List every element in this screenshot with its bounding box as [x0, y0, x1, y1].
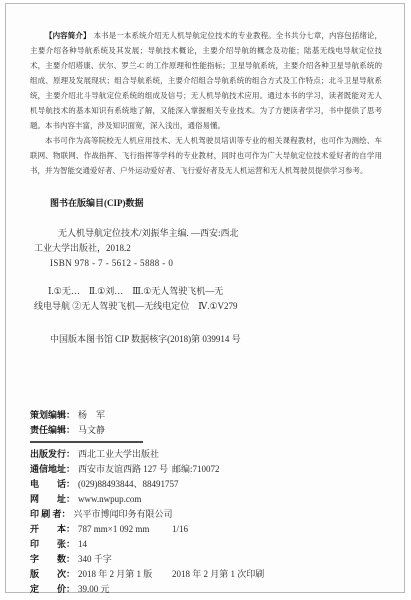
colophon-value: 2018 年 2 月第 1 版 — [78, 569, 152, 579]
colophon-row: 版 次：2018 年 2 月第 1 版2018 年 2 月第 1 次印刷 — [30, 567, 384, 582]
colophon-label: 字 数： — [30, 554, 75, 564]
editor-row: 策划编辑：杨 军 — [30, 408, 384, 423]
colophon-row: 开 本：787 mm×1 092 mm1/16 — [30, 522, 384, 537]
colophon-label: 网 址： — [30, 494, 75, 504]
summary-label: 【内容简介】 — [45, 31, 91, 40]
summary-text-1: 本书是一本系统介绍无人机导航定位技术的专业教程。全书共分七章，内容包括绪论，主要… — [30, 31, 382, 130]
colophon-block: 策划编辑：杨 军 责任编辑：马文静 出版发行：西北工业大学出版社 通信地址：西安… — [30, 408, 384, 597]
colophon-value-2: 1/16 — [172, 522, 188, 537]
scanned-page: 【内容简介】本书是一本系统介绍无人机导航定位技术的专业教程。全书共分七章，内容包… — [5, 3, 405, 593]
colophon-row: 电 话：(029)88493844、88491757 — [30, 477, 384, 492]
colophon-value: 兴平市博闻印务有限公司 — [74, 509, 173, 519]
colophon-value: 787 mm×1 092 mm — [78, 524, 149, 534]
colophon-label: 版 次： — [30, 569, 75, 579]
colophon-label: 开 本： — [30, 524, 75, 534]
colophon-value: 14 — [78, 539, 87, 549]
colophon-row: 出版发行：西北工业大学出版社 — [30, 447, 384, 462]
content-summary: 【内容简介】本书是一本系统介绍无人机导航定位技术的专业教程。全书共分七章，内容包… — [30, 28, 382, 178]
cip-entry-line-1: 无人机导航定位技术/刘振华主编. —西安:西北 — [58, 226, 380, 241]
editor-value: 马文静 — [78, 425, 105, 435]
colophon-value: 西北工业大学出版社 — [78, 449, 159, 459]
summary-paragraph-2: 本书可作为高等院校无人机应用技术、无人机驾驶员培训等专业的相关课程教材，也可作为… — [30, 133, 382, 178]
cip-classification-line-2: 线电导航 ②无人驾驶飞机—无线电定位 Ⅳ.①V279 — [34, 299, 380, 314]
cip-block: 图书在版编目(CIP)数据 无人机导航定位技术/刘振华主编. —西安:西北 工业… — [30, 196, 380, 347]
colophon-label: 出版发行： — [30, 449, 75, 459]
book-copyright-page: { "colors": { "text": "#2b2b2b", "page_b… — [0, 0, 411, 600]
editor-label: 策划编辑： — [30, 410, 75, 420]
colophon-value-2: 邮编:710072 — [172, 462, 220, 477]
colophon-row: 定 价：39.00 元 — [30, 582, 384, 597]
editor-value: 杨 军 — [78, 410, 105, 420]
cip-classification-line-1: Ⅰ.①无… Ⅱ.①刘… Ⅲ.①无人驾驶飞机—无 — [48, 284, 380, 299]
colophon-value: 39.00 元 — [78, 584, 110, 594]
colophon-value-2: 2018 年 2 月第 1 次印刷 — [172, 567, 264, 582]
colophon-label: 通信地址： — [30, 464, 75, 474]
editor-label: 责任编辑： — [30, 425, 75, 435]
colophon-value: (029)88493844、88491757 — [78, 479, 179, 489]
colophon-label: 印 刷 者： — [30, 509, 71, 519]
colophon-value: www.nwpup.com — [78, 494, 141, 504]
colophon-row: 通信地址：西安市友谊西路 127 号邮编:710072 — [30, 462, 384, 477]
colophon-row: 印 张：14 — [30, 537, 384, 552]
isbn-number: ISBN 978 - 7 - 5612 - 5888 - 0 — [50, 256, 380, 271]
colophon-label: 印 张： — [30, 539, 75, 549]
colophon-value: 西安市友谊西路 127 号 — [78, 464, 168, 474]
divider-rule — [30, 441, 143, 443]
colophon-label: 定 价： — [30, 584, 75, 594]
cip-heading: 图书在版编目(CIP)数据 — [50, 196, 380, 211]
cip-record-number: 中国版本图书馆 CIP 数据核字(2018)第 039914 号 — [50, 332, 380, 347]
colophon-row: 网 址：www.nwpup.com — [30, 492, 384, 507]
summary-paragraph-1: 【内容简介】本书是一本系统介绍无人机导航定位技术的专业教程。全书共分七章，内容包… — [30, 28, 382, 133]
colophon-value: 340 千字 — [78, 554, 112, 564]
colophon-row: 字 数：340 千字 — [30, 552, 384, 567]
colophon-label: 电 话： — [30, 479, 75, 489]
editor-row: 责任编辑：马文静 — [30, 423, 384, 438]
cip-entry-line-2: 工业大学出版社，2018.2 — [34, 241, 380, 256]
colophon-row: 印 刷 者：兴平市博闻印务有限公司 — [30, 507, 384, 522]
